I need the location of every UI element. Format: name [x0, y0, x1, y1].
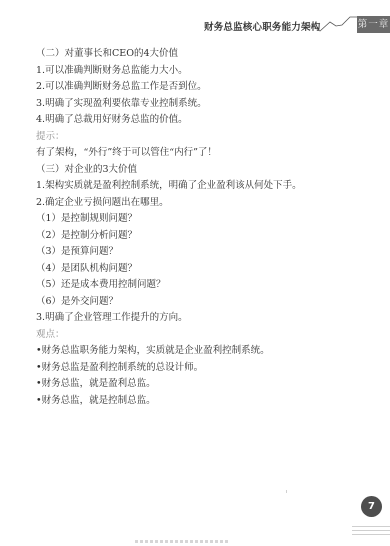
- page-number: 7: [368, 501, 375, 512]
- decorative-zigzag-line-icon: [302, 14, 358, 34]
- list-item: 2.可以准确判断财务总监工作是否到位。: [36, 79, 366, 96]
- page-header: 财务总监核心职务能力架构 第一章: [0, 0, 390, 40]
- list-item: 3.明确了企业管理工作提升的方向。: [36, 310, 366, 327]
- sub-list-item: （5）还是成本费用控制问题？: [36, 277, 366, 294]
- list-item: 1.可以准确判断财务总监能力大小。: [36, 63, 366, 80]
- viewpoint-label: 观点：: [36, 327, 366, 344]
- page-number-badge: 7: [361, 496, 382, 517]
- sub-list-item: （4）是团队机构问题？: [36, 261, 366, 278]
- footer-rule: [352, 534, 390, 535]
- list-item: 1.架构实质就是盈利控制系统，明确了企业盈利该从何处下手。: [36, 178, 366, 195]
- bullet-item: •财务总监职务能力架构，实质就是企业盈利控制系统。: [36, 343, 366, 360]
- sub-list-item: （2）是控制分析问题？: [36, 228, 366, 245]
- bottom-bleed-strip: [135, 540, 230, 543]
- chapter-label: 第一章: [358, 19, 390, 30]
- section-heading-board-value: （二）对董事长和CEO的4大价值: [36, 46, 366, 63]
- bullet-item: •财务总监，就是盈利总监。: [36, 376, 366, 393]
- list-item: 2.确定企业亏损问题出在哪里。: [36, 195, 366, 212]
- sub-list-item: （1）是控制规则问题？: [36, 211, 366, 228]
- footer-rule: [352, 530, 390, 531]
- list-item: 4.明确了总裁用好财务总监的价值。: [36, 112, 366, 129]
- sub-list-item: （3）是预算问题？: [36, 244, 366, 261]
- footer-rule: [352, 526, 390, 527]
- bullet-item: •财务总监，就是控制总监。: [36, 393, 366, 410]
- decorative-dot: [286, 490, 287, 493]
- page-body: （二）对董事长和CEO的4大价值 1.可以准确判断财务总监能力大小。 2.可以准…: [36, 46, 366, 409]
- section-heading-enterprise-value: （三）对企业的3大价值: [36, 162, 366, 179]
- list-item: 3.明确了实现盈利要依靠专业控制系统。: [36, 96, 366, 113]
- sub-list-item: （6）是外交问题？: [36, 294, 366, 311]
- tip-text: 有了架构，“外行”终于可以管住“内行”了！: [36, 145, 366, 162]
- tip-label: 提示：: [36, 129, 366, 146]
- chapter-tab: 第一章: [357, 16, 390, 33]
- bullet-item: •财务总监是盈利控制系统的总设计师。: [36, 360, 366, 377]
